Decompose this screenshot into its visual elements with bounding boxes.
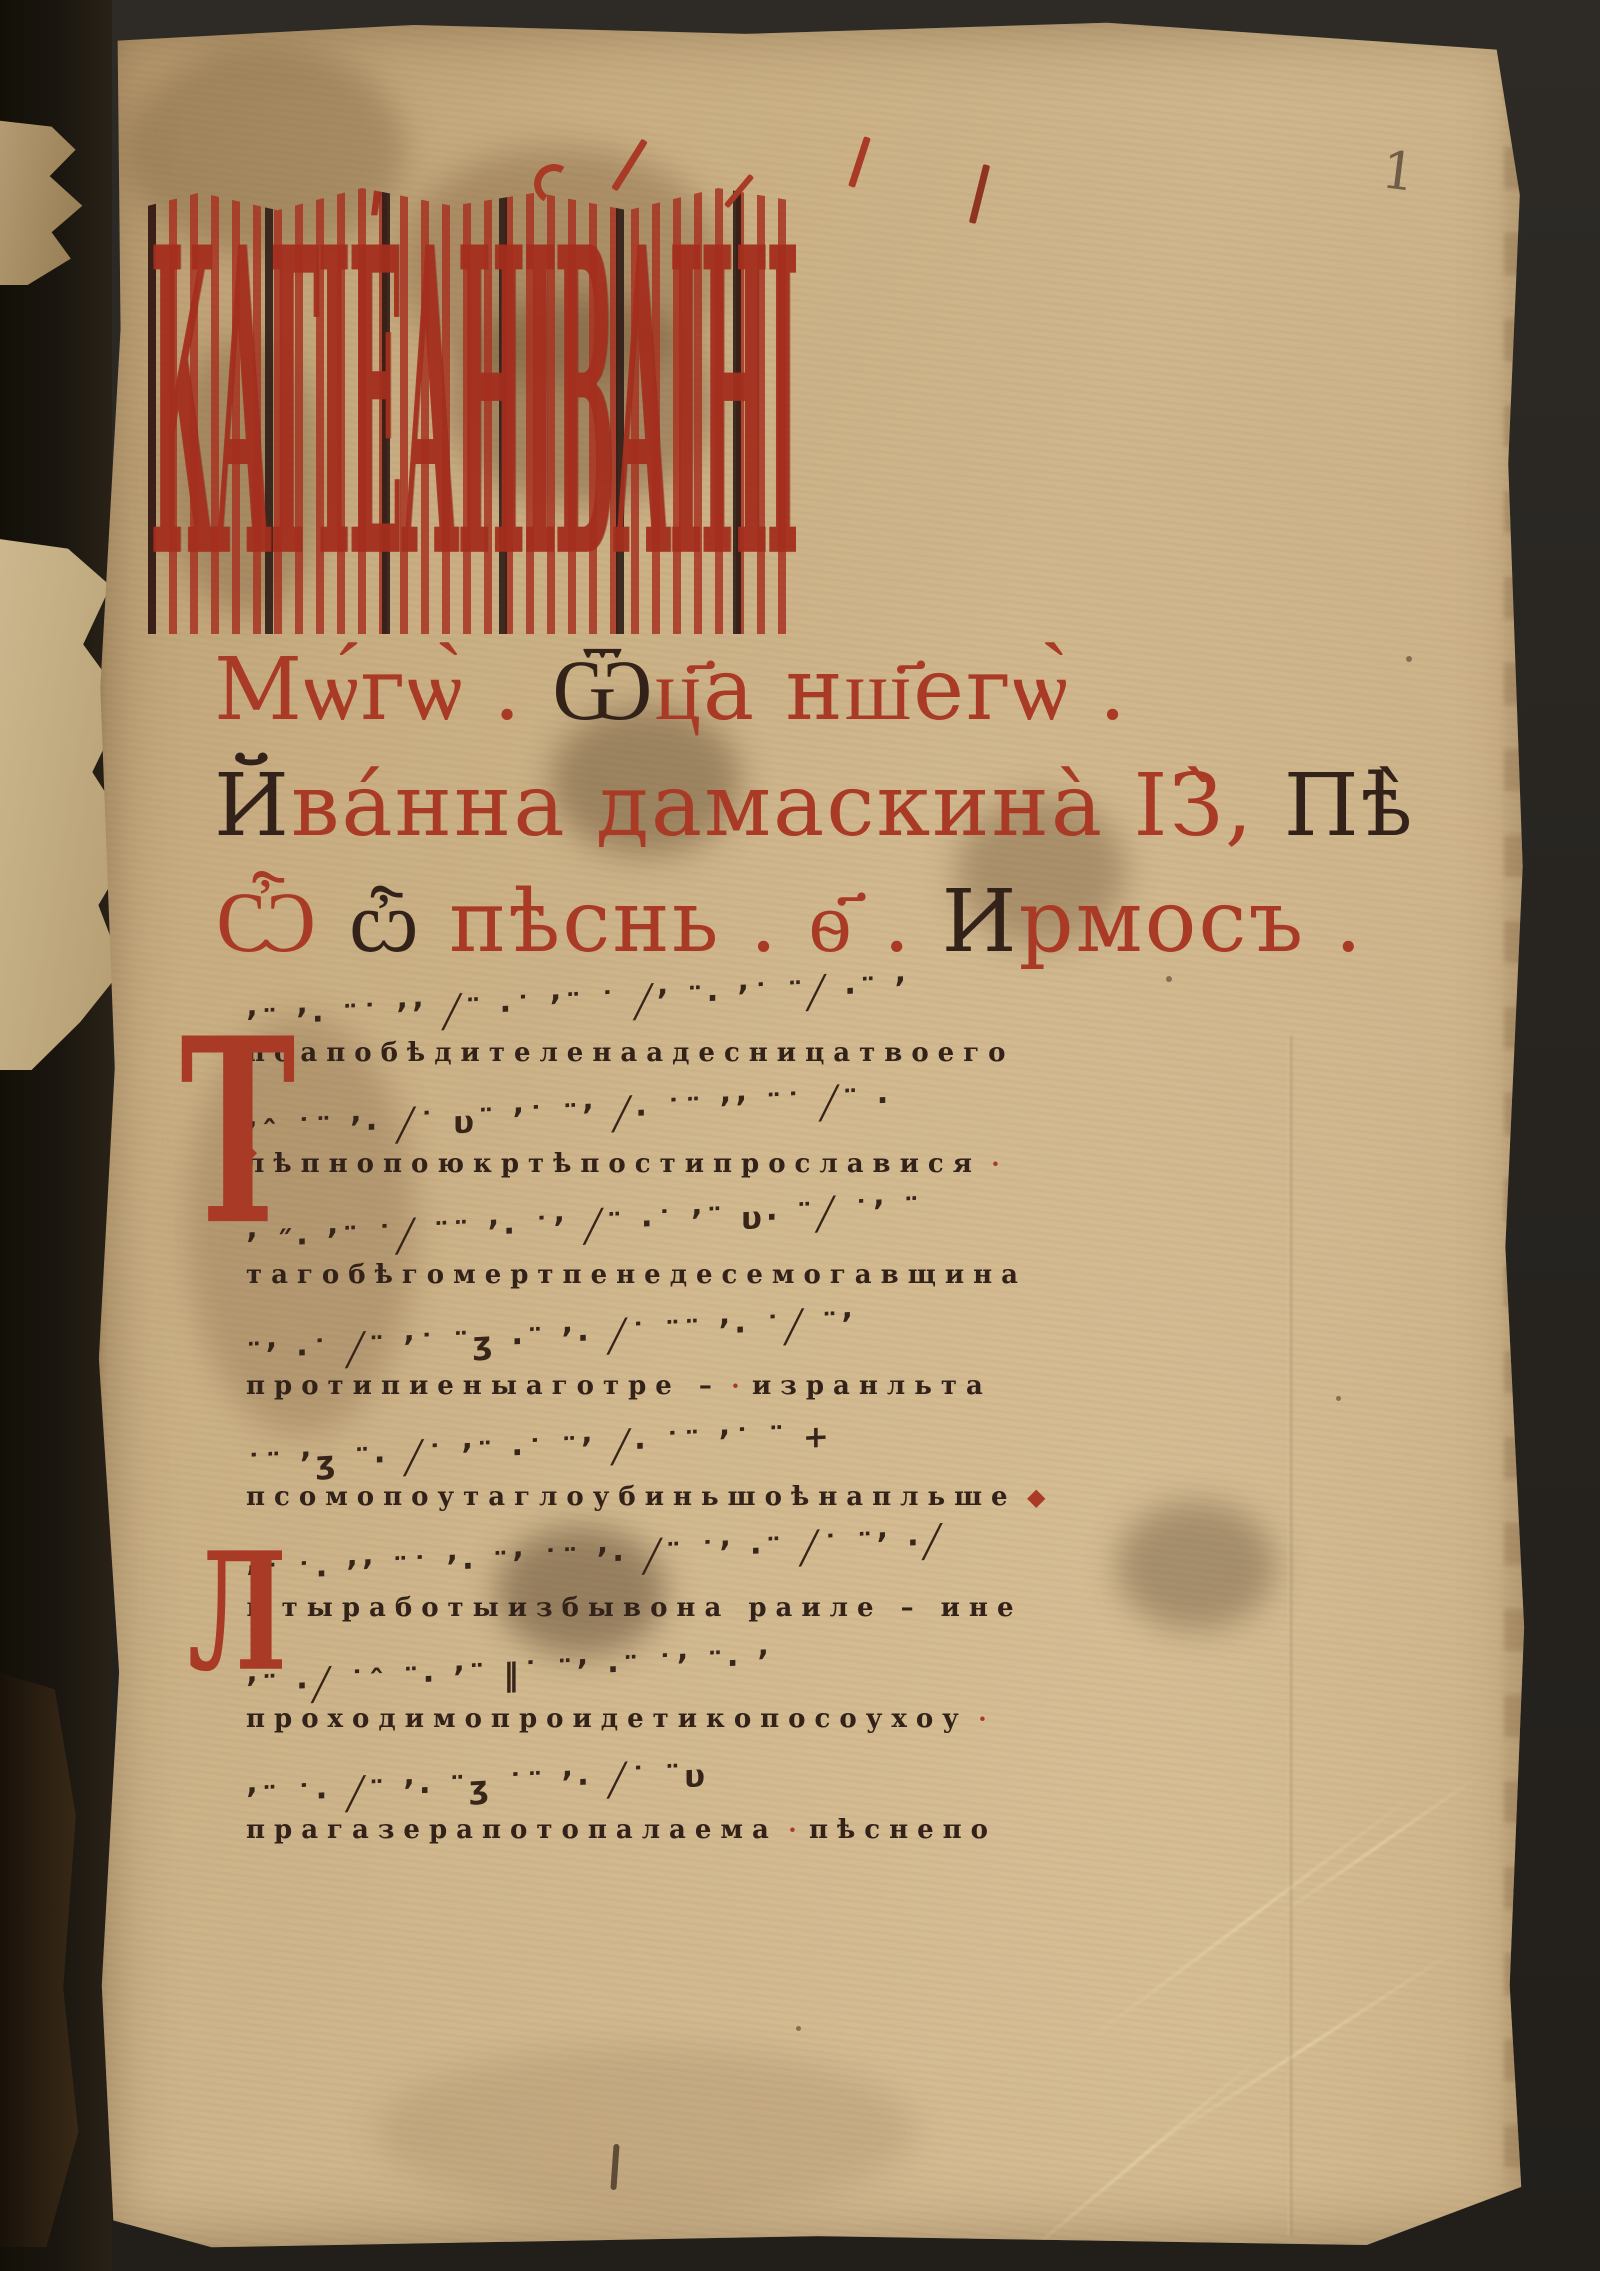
ink-stain bbox=[376, 2046, 916, 2216]
worn-right-edge bbox=[1504, 61, 1532, 2187]
red-flourish bbox=[611, 139, 648, 192]
title-segment: ѽ bbox=[350, 872, 449, 972]
title-line-2: Йва́нна дамаскина̀ ІЗ̀, Пѣ̀ bbox=[214, 748, 1444, 864]
title-segment: Ѽ bbox=[214, 872, 350, 972]
title-segment: пѣснь . ѳ҃ . bbox=[449, 872, 942, 972]
paper-crease bbox=[1014, 2050, 1269, 2264]
notation-row-6: ʼ¨ ˙· ʼʼ ¨˙ ʼ· ¨ʼ ˙¨ ʼ· ╱¨ ˙ʼ ·¨ ╱˙ ¨ʼ ·… bbox=[246, 1529, 1436, 1629]
notation-row-5: ˙¨ ʼʒ ¨· ╱˙ ʼ¨ ·˙ ¨ʼ ╱· ˙¨ ʼ˙ ¨ +псомопо… bbox=[246, 1418, 1436, 1518]
foxing-speck bbox=[1336, 1396, 1341, 1401]
folio-number: 1 bbox=[1378, 140, 1418, 204]
manuscript-photo: 1 КАГІЕ́АНІВАІНПѢВГНПЕЮ Мѡ́гѡ̀ . Ѿц҃а нш… bbox=[0, 0, 1600, 2271]
notation-row-7: ʼ¨ ·╱ ˙ˆ ¨· ʼ¨ ‖˙ ¨ʼ ·¨ ˙ʼ ¨· ʼпроходимо… bbox=[246, 1640, 1436, 1740]
lyric-segment: пѣснепо bbox=[809, 1815, 997, 1845]
lyric-segment: · bbox=[778, 1815, 809, 1844]
lyric-segment: · bbox=[981, 1149, 1002, 1178]
stray-ink-mark bbox=[610, 2144, 619, 2190]
title-segment: Й bbox=[214, 756, 291, 856]
red-diamond-on-initial: ◆ bbox=[234, 1134, 257, 1169]
foxing-speck bbox=[1406, 656, 1412, 662]
notation-row-2: ʼˆ ˙¨ ʼ· ╱˙ υ¨ ʼ˙ ¨ʼ ╱· ˙¨ ʼʼ ¨˙ ╱¨ ·лѣп… bbox=[246, 1085, 1436, 1185]
title-segment: ц҃а нш҃егѡ̀ . bbox=[655, 640, 1128, 740]
lyric-segment: · bbox=[968, 1704, 989, 1733]
title-segment: Пѣ̀ bbox=[1254, 756, 1414, 856]
cover-board-edge bbox=[0, 1672, 80, 2247]
lyric-segment: изранльта bbox=[752, 1371, 992, 1401]
drop-initial-Л: Л bbox=[188, 1518, 287, 1708]
red-flourish bbox=[848, 136, 871, 188]
red-flourish bbox=[969, 164, 990, 224]
vyaz-glyphs: КАГІЕ́АНІВАІНПѢВГНПЕЮ bbox=[150, 194, 796, 615]
title-segment: ва́нна дамаскина̀ ІЗ̀, bbox=[291, 756, 1254, 856]
paper-crease bbox=[1146, 1943, 1466, 2152]
title-lines: Мѡ́гѡ̀ . Ѿц҃а нш҃егѡ̀ .Йва́нна дамаскина… bbox=[214, 632, 1444, 980]
foxing-speck bbox=[796, 2026, 801, 2031]
title-line-1: Мѡ́гѡ̀ . Ѿц҃а нш҃егѡ̀ . bbox=[214, 632, 1444, 748]
manuscript-page: 1 КАГІЕ́АНІВАІНПѢВГНПЕЮ Мѡ́гѡ̀ . Ѿц҃а нш… bbox=[96, 16, 1540, 2254]
title-segment: Мѡ́гѡ̀ . bbox=[214, 640, 523, 740]
notation-row-4: ¨ʼ ·˙ ╱¨ ʼ˙ ¨ʒ ·¨ ʼ· ╱˙ ¨¨ ʼ· ˙╱ ¨ʼпроти… bbox=[246, 1307, 1436, 1407]
book-binding-edge bbox=[0, 0, 112, 2271]
drop-initial-Т: Т bbox=[180, 982, 296, 1281]
lyric-segment: ◆ bbox=[1017, 1482, 1048, 1511]
notation-row-3: ʼ ˝· ʼ¨ ˙╱ ¨¨ ʼ· ˙ʼ ╱¨ ·˙ ʼ¨ υ· ¨╱ ˙ʼ ¨т… bbox=[246, 1196, 1436, 1296]
torn-page-fragment-top bbox=[0, 120, 90, 285]
notation-row-1: ʼ¨ ʼ· ¨˙ ʼʼ ╱¨ ·˙ ʼ¨ ˙ ╱ʼ ¨· ʼ˙ ¨╱ ·¨ ʼп… bbox=[246, 974, 1436, 1074]
notation-rows: ʼ¨ ʼ· ¨˙ ʼʼ ╱¨ ·˙ ʼ¨ ˙ ╱ʼ ¨· ʼ˙ ¨╱ ·¨ ʼп… bbox=[246, 974, 1436, 1862]
vyaz-headpiece: КАГІЕ́АНІВАІНПѢВГНПЕЮ bbox=[148, 188, 796, 634]
foxing-speck bbox=[1166, 976, 1172, 982]
title-segment: И bbox=[942, 872, 1019, 972]
title-segment: Ѿ bbox=[523, 640, 655, 740]
notation-row-8: ʼ¨ ˙· ╱¨ ʼ· ¨ʒ ˙¨ ʼ· ╱˙ ¨υпрагазерапотоп… bbox=[246, 1751, 1436, 1851]
